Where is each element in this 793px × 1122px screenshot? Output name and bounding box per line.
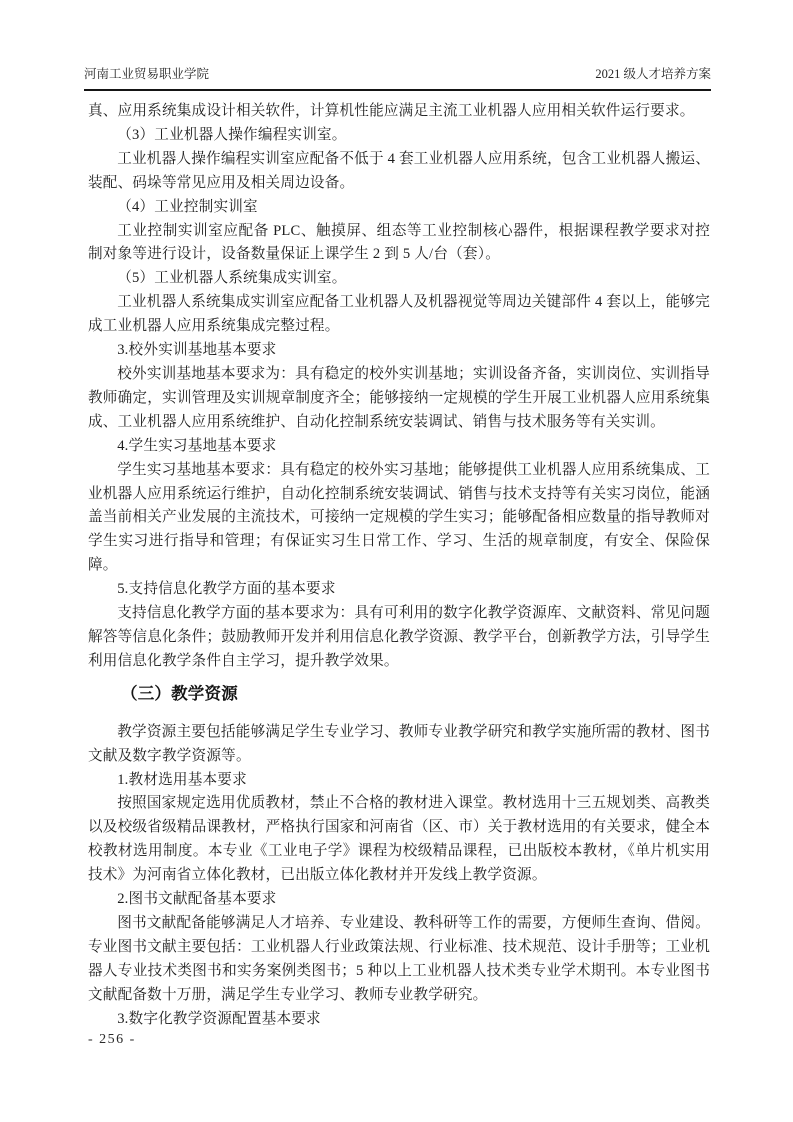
paragraph: （3）工业机器人操作编程实训室。: [88, 124, 710, 148]
paragraph: （4）工业控制实训室: [88, 196, 710, 220]
paragraph: 1.教材选用基本要求: [88, 769, 710, 793]
paragraph: 5.支持信息化教学方面的基本要求: [88, 578, 710, 602]
paragraph: 3.校外实训基地基本要求: [88, 339, 710, 363]
paragraph: 4.学生实习基地基本要求: [88, 435, 710, 459]
page-header: 河南工业贸易职业学院 2021 级人才培养方案: [84, 66, 711, 91]
header-school-name: 河南工业贸易职业学院: [84, 66, 209, 82]
page-number: - 256 -: [88, 1032, 136, 1048]
paragraph: 2.图书文献配备基本要求: [88, 888, 710, 912]
paragraph: 工业机器人操作编程实训室应配备不低于 4 套工业机器人应用系统，包含工业机器人搬…: [88, 148, 710, 196]
paragraph: 按照国家规定选用优质教材，禁止不合格的教材进入课堂。教材选用十三五规划类、高教类…: [88, 792, 710, 888]
header-plan-title: 2021 级人才培养方案: [595, 66, 711, 82]
paragraph: 工业控制实训室应配备 PLC、触摸屏、组态等工业控制核心器件，根据课程教学要求对…: [88, 220, 710, 268]
section-heading: （三）教学资源: [88, 682, 710, 706]
paragraph: 学生实习基地基本要求：具有稳定的校外实习基地；能够提供工业机器人应用系统集成、工…: [88, 459, 710, 579]
document-body: 真、应用系统集成设计相关软件，计算机性能应满足主流工业机器人应用相关软件运行要求…: [88, 100, 710, 1032]
paragraph: 支持信息化教学方面的基本要求为：具有可利用的数字化教学资源库、文献资料、常见问题…: [88, 602, 710, 674]
paragraph: 图书文献配备能够满足人才培养、专业建设、教科研等工作的需要，方便师生查询、借阅。…: [88, 912, 710, 1008]
paragraph: 工业机器人系统集成实训室应配备工业机器人及机器视觉等周边关键部件 4 套以上，能…: [88, 291, 710, 339]
paragraph: 教学资源主要包括能够满足学生专业学习、教师专业教学研究和教学实施所需的教材、图书…: [88, 721, 710, 769]
paragraph: 3.数字化教学资源配置基本要求: [88, 1008, 710, 1032]
paragraph: 校外实训基地基本要求为：具有稳定的校外实训基地；实训设备齐备，实训岗位、实训指导…: [88, 363, 710, 435]
paragraph: （5）工业机器人系统集成实训室。: [88, 267, 710, 291]
paragraph: 真、应用系统集成设计相关软件，计算机性能应满足主流工业机器人应用相关软件运行要求…: [88, 100, 710, 124]
document-page: 河南工业贸易职业学院 2021 级人才培养方案 真、应用系统集成设计相关软件，计…: [0, 0, 793, 1122]
